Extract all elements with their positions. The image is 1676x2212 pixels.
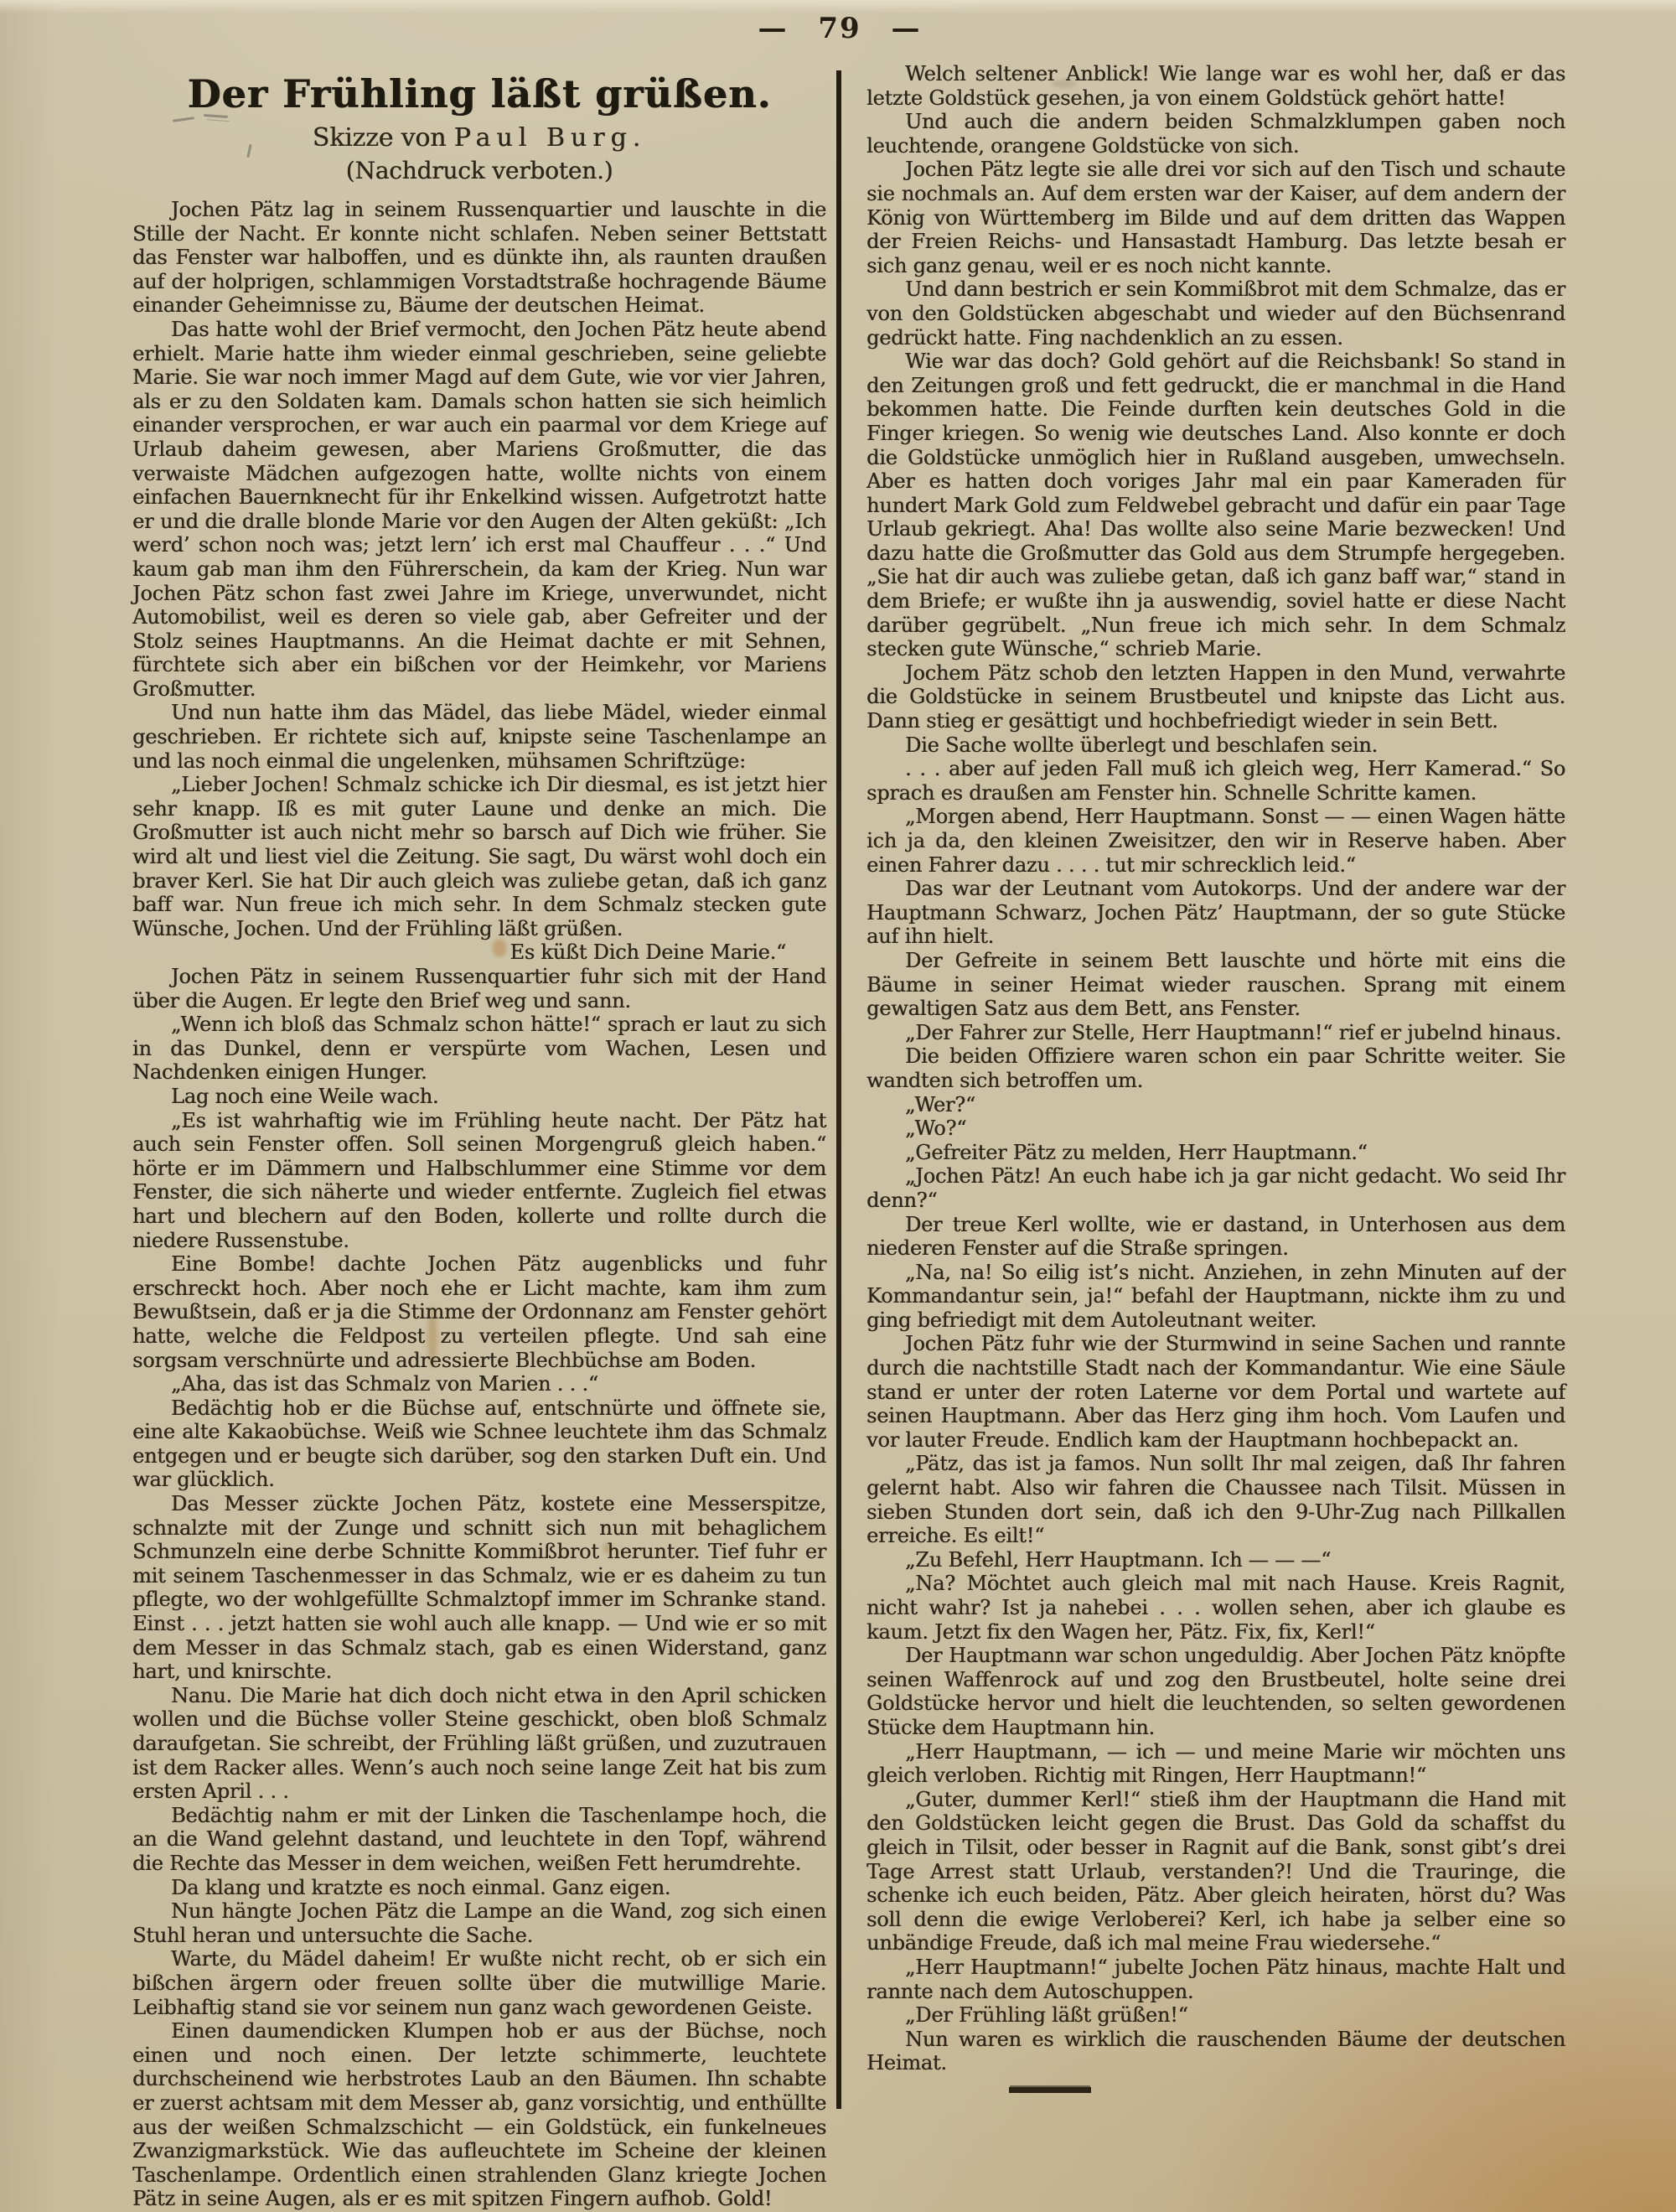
paragraph: Die Sache wollte überlegt und beschlafen… [866, 733, 1565, 758]
paragraph: Das war der Leutnant vom Autokorps. Und … [866, 877, 1565, 949]
paragraph: „Jochen Pätz! An euch habe ich ja gar ni… [866, 1164, 1565, 1212]
paragraph: Nun hängte Jochen Pätz die Lampe an die … [132, 1899, 826, 1947]
paragraph: Bedächtig hob er die Büchse auf, entschn… [132, 1396, 826, 1492]
paragraph: „Herr Hauptmann, — ich — und meine Marie… [866, 1740, 1565, 1788]
paragraph: „Wer?“ [866, 1093, 1565, 1117]
paragraph: „Morgen abend, Herr Hauptmann. Sonst — —… [866, 805, 1565, 877]
paragraph: Einen daumendicken Klumpen hob er aus de… [132, 2019, 826, 2211]
paragraph: „Herr Hauptmann!“ jubelte Jochen Pätz hi… [866, 1956, 1565, 2003]
paragraph: Nanu. Die Marie hat dich doch nicht etwa… [132, 1684, 826, 1804]
paragraph: „Wenn ich bloß das Schmalz schon hätte!“… [132, 1013, 826, 1085]
paragraph: . . . aber auf jeden Fall muß ich gleich… [866, 757, 1565, 805]
paragraph: Jochen Pätz in seinem Russenquartier fuh… [132, 965, 826, 1013]
paragraph: Der treue Kerl wollte, wie er dastand, i… [866, 1213, 1565, 1261]
paragraph: Und dann bestrich er sein Kommißbrot mit… [866, 277, 1565, 350]
paragraph: Jochem Pätz schob den letzten Happen in … [866, 661, 1565, 733]
column-divider [836, 70, 841, 2109]
paragraph: Eine Bombe! dachte Jochen Pätz augenblic… [132, 1252, 826, 1372]
paragraph: Und nun hatte ihm das Mädel, das liebe M… [132, 701, 826, 773]
paragraph: Es küßt Dich Deine Marie.“ [132, 940, 826, 965]
paragraph: „Gefreiter Pätz zu melden, Herr Hauptman… [866, 1141, 1565, 1165]
paragraph: „Lieber Jochen! Schmalz schicke ich Dir … [132, 773, 826, 940]
paragraph: Und auch die andern beiden Schmalzklumpe… [866, 110, 1565, 158]
paragraph: Jochen Pätz fuhr wie der Sturmwind in se… [866, 1332, 1565, 1452]
paragraph: „Aha, das ist das Schmalz von Marien . .… [132, 1372, 826, 1396]
right-column: Welch seltener Anblick! Wie lange war es… [866, 62, 1565, 2093]
paragraph: Der Hauptmann war schon ungeduldig. Aber… [866, 1644, 1565, 1739]
paragraph: „Na, na! So eilig ist’s nicht. Anziehen,… [866, 1261, 1565, 1333]
paragraph: Welch seltener Anblick! Wie lange war es… [866, 62, 1565, 110]
paragraph: Das hatte wohl der Brief vermocht, den J… [132, 318, 826, 702]
paragraph: „Na? Möchtet auch gleich mal mit nach Ha… [866, 1572, 1565, 1644]
subtitle-prefix: Skizze von [313, 123, 454, 153]
left-column: Der Frühling läßt grüßen. Skizze von Pau… [132, 72, 826, 2211]
right-column-text: Welch seltener Anblick! Wie lange war es… [866, 62, 1565, 2075]
paragraph: Das Messer zückte Jochen Pätz, kostete e… [132, 1492, 826, 1684]
paragraph: „Es ist wahrhaftig wie im Frühling heute… [132, 1109, 826, 1253]
left-column-text: Jochen Pätz lag in seinem Russenquartier… [132, 198, 826, 2211]
paragraph: Die beiden Offiziere waren schon ein paa… [866, 1044, 1565, 1092]
author-name: Paul Burg. [454, 123, 647, 153]
paragraph: „Der Frühling läßt grüßen!“ [866, 2003, 1565, 2028]
reprint-notice: (Nachdruck verboten.) [132, 158, 826, 184]
page-number: — 79 — [0, 12, 1676, 45]
paragraph: Bedächtig nahm er mit der Linken die Tas… [132, 1804, 826, 1876]
paragraph: Lag noch eine Weile wach. [132, 1085, 826, 1109]
paragraph: „Der Fahrer zur Stelle, Herr Hauptmann!“… [866, 1021, 1565, 1045]
paragraph: Da klang und kratzte es noch einmal. Gan… [132, 1876, 826, 1900]
newspaper-page: — 79 — Der Frühling läßt grüßen. Skizze … [0, 0, 1676, 2212]
paragraph: Wie war das doch? Gold gehört auf die Re… [866, 350, 1565, 661]
article-title: Der Frühling läßt grüßen. [132, 72, 826, 116]
paragraph: „Wo?“ [866, 1116, 1565, 1141]
paragraph: Jochen Pätz legte sie alle drei vor sich… [866, 158, 1565, 277]
article-subtitle: Skizze von Paul Burg. [132, 124, 826, 153]
paragraph: „Pätz, das ist ja famos. Nun sollt Ihr m… [866, 1452, 1565, 1547]
paragraph: „Zu Befehl, Herr Hauptmann. Ich — — —“ [866, 1548, 1565, 1572]
paragraph: Nun waren es wirklich die rauschenden Bä… [866, 2028, 1565, 2075]
paragraph: „Guter, dummer Kerl!“ stieß ihm der Haup… [866, 1788, 1565, 1956]
end-rule [1009, 2087, 1091, 2093]
paragraph: Der Gefreite in seinem Bett lauschte und… [866, 949, 1565, 1021]
paragraph: Jochen Pätz lag in seinem Russenquartier… [132, 198, 826, 318]
paragraph: Warte, du Mädel daheim! Er wußte nicht r… [132, 1947, 826, 2019]
